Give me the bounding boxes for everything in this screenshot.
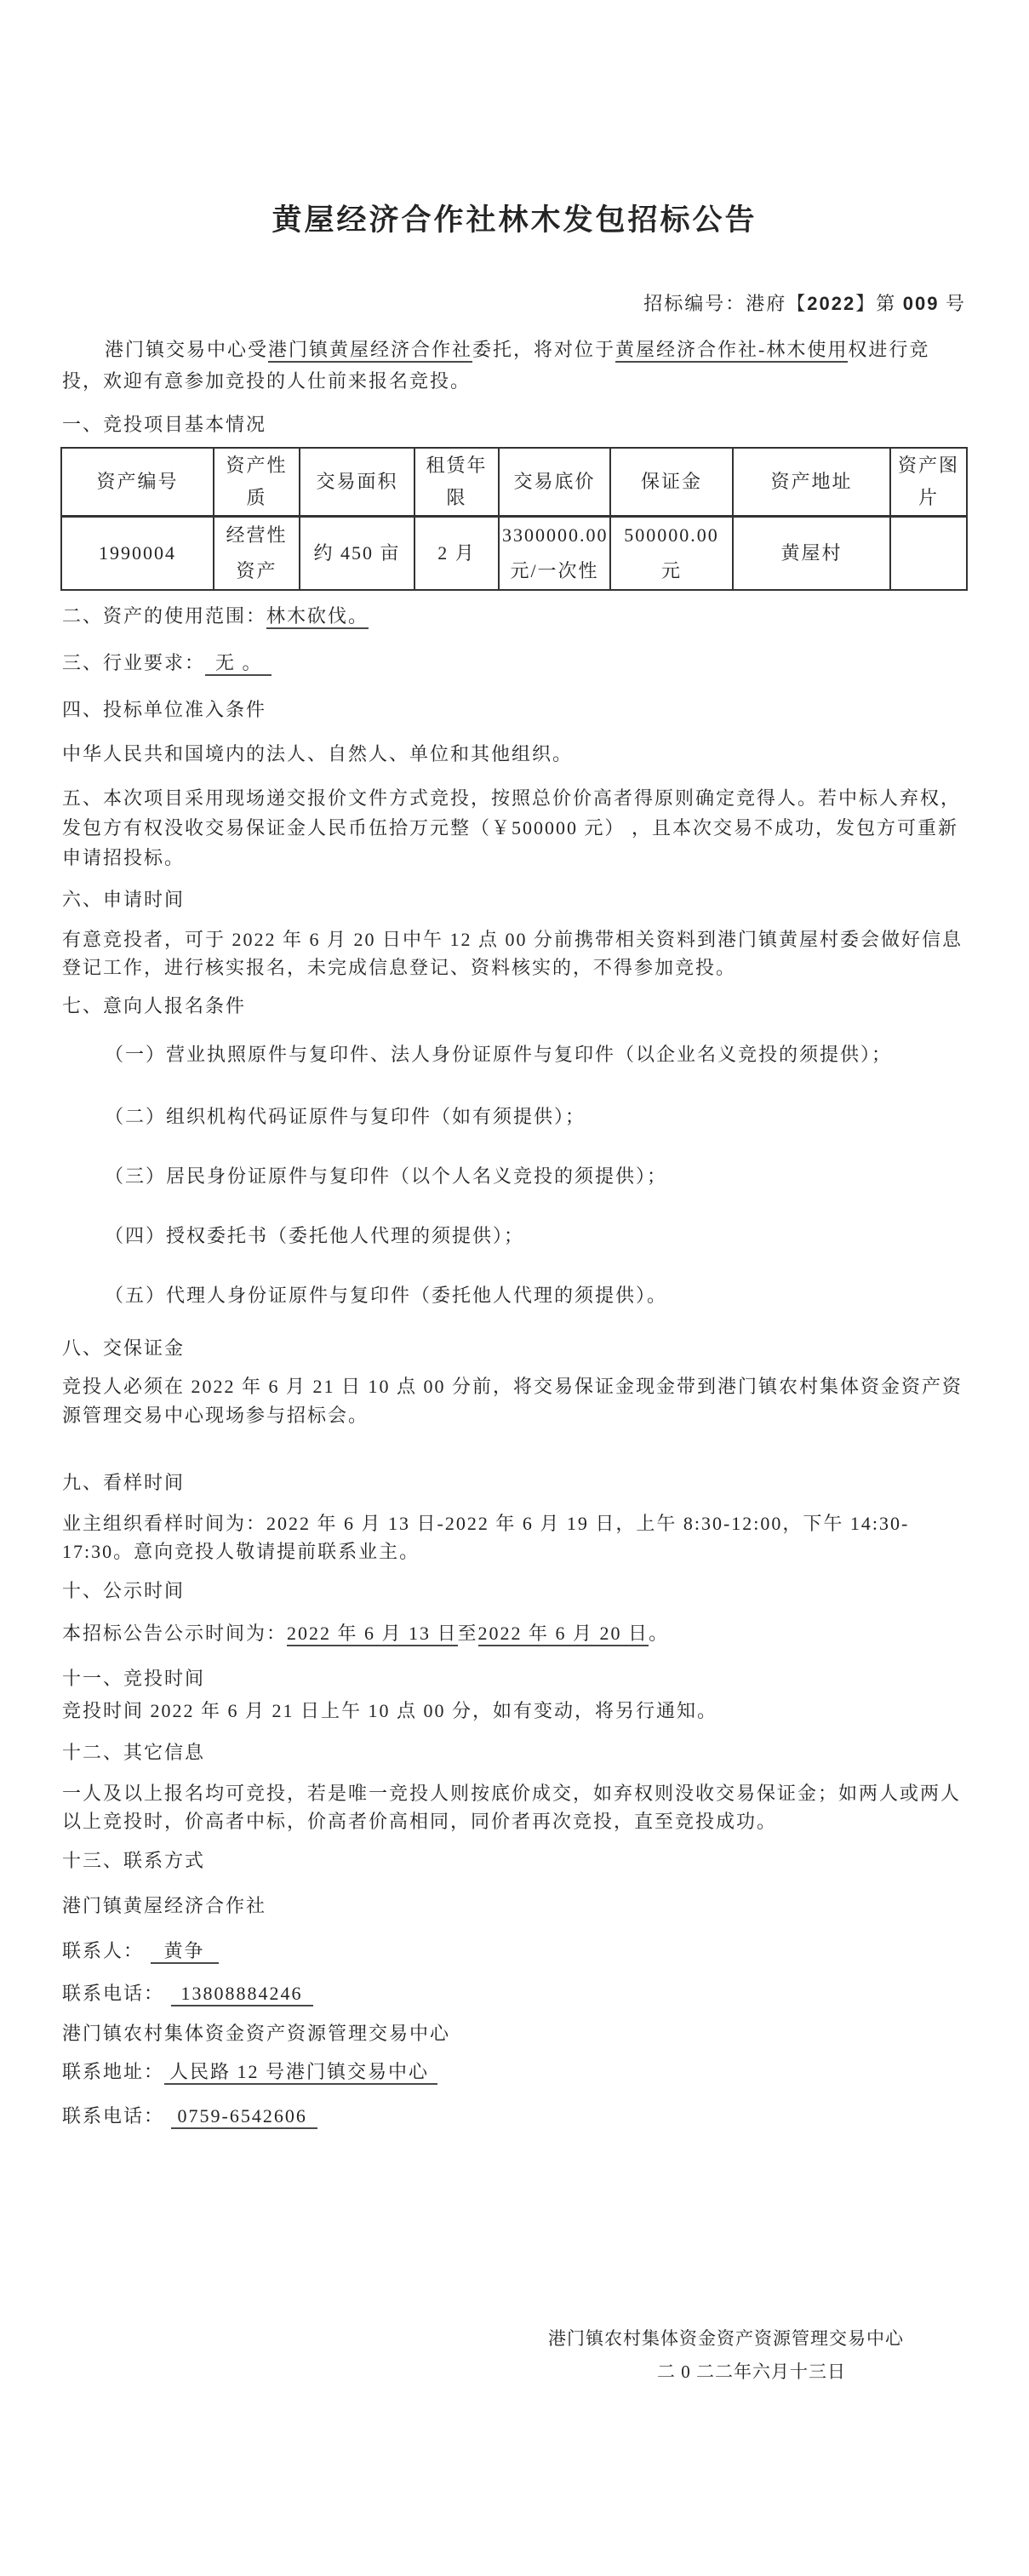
contact-org-1: 港门镇黄屋经济合作社	[62, 1892, 966, 1921]
section-7-heading: 七、意向人报名条件	[62, 992, 966, 1021]
col-header-asset-photo: 资产图片	[890, 448, 967, 516]
publicity-end-date: 2022 年 6 月 20 日	[478, 1623, 649, 1646]
section-10-heading: 十、公示时间	[62, 1577, 966, 1606]
section-8-heading: 八、交保证金	[62, 1334, 966, 1363]
section-6-body: 有意竞投者，可于 2022 年 6 月 20 日中午 12 点 00 分前携带相…	[62, 925, 966, 982]
section-6-heading: 六、申请时间	[62, 885, 966, 914]
signature-date: 二 0 二二年六月十三日	[539, 2356, 913, 2389]
section-12-heading: 十二、其它信息	[62, 1738, 966, 1767]
section-10-body: 本招标公告公示时间为：2022 年 6 月 13 日至2022 年 6 月 20…	[62, 1619, 966, 1648]
contact-phone-1-label: 联系电话：	[62, 1983, 171, 2004]
requirement-item-5: （五）代理人身份证原件与复印件（委托他人代理的须提供）。	[105, 1281, 966, 1310]
cell-deposit: 500000.00 元	[610, 516, 733, 590]
section-11-heading: 十一、竞投时间	[62, 1664, 966, 1693]
col-header-lease-term: 租赁年限	[414, 448, 499, 516]
section-4-body: 中华人民共和国境内的法人、自然人、单位和其他组织。	[62, 740, 966, 769]
cell-trade-area: 约 450 亩	[300, 516, 414, 590]
section-1-heading: 一、竞投项目基本情况	[62, 410, 966, 439]
section-2-heading: 二、资产的使用范围：林木砍伐。	[62, 602, 966, 631]
col-header-asset-address: 资产地址	[733, 448, 890, 516]
document-page: { "page": { "title": "黄屋经济合作社林木发包招标公告", …	[0, 0, 1029, 2576]
table-header-row: 资产编号 资产性质 交易面积 租赁年限 交易底价 保证金 资产地址 资产图片	[61, 448, 967, 516]
contact-person-line: 联系人： 黄争	[62, 1937, 966, 1966]
document-title: 黄屋经济合作社林木发包招标公告	[0, 202, 1029, 239]
section-13-heading: 十三、联系方式	[62, 1846, 966, 1875]
publicity-mid: 至	[458, 1623, 478, 1644]
section-2-underline-value: 林木砍伐。	[266, 605, 369, 629]
ref-prefix: 招标编号：港府【	[643, 293, 807, 314]
section-5-paragraph: 五、本次项目采用现场递交报价文件方式竞投，按照总价价高者得原则确定竞得人。若中标…	[62, 783, 966, 873]
section-2-label: 二、资产的使用范围：	[62, 605, 266, 627]
section-3-label: 三、行业要求：	[62, 652, 205, 673]
contact-phone-2-label: 联系电话：	[62, 2105, 171, 2127]
intro-pre: 港门镇交易中心受	[105, 339, 268, 360]
contact-address-line: 联系地址：人民路 12 号港门镇交易中心	[62, 2058, 966, 2087]
intro-underline-entrust-org: 港门镇黄屋经济合作社	[268, 339, 472, 363]
ref-mid: 】第	[855, 293, 903, 314]
contact-phone-1-line: 联系电话： 13808884246	[62, 1979, 966, 2008]
cell-asset-id: 1990004	[61, 516, 214, 590]
cell-asset-address: 黄屋村	[733, 516, 890, 590]
contact-phone-2-line: 联系电话： 0759-6542606	[62, 2102, 966, 2131]
cell-asset-photo	[890, 516, 967, 590]
contact-org-2: 港门镇农村集体资金资产资源管理交易中心	[62, 2019, 966, 2048]
contact-phone-1-value: 13808884246	[171, 1983, 313, 2006]
table-row: 1990004 经营性资产 约 450 亩 2 月 3300000.00 元/一…	[61, 516, 967, 590]
contact-phone-2-value: 0759-6542606	[171, 2105, 317, 2129]
signature-block: 港门镇农村集体资金资产资源管理交易中心 二 0 二二年六月十三日	[539, 2322, 913, 2389]
assets-table: 资产编号 资产性质 交易面积 租赁年限 交易底价 保证金 资产地址 资产图片 1…	[60, 447, 968, 591]
section-8-body: 竞投人必须在 2022 年 6 月 21 日 10 点 00 分前，将交易保证金…	[62, 1372, 966, 1430]
publicity-start-date: 2022 年 6 月 13 日	[287, 1623, 458, 1646]
cell-base-price: 3300000.00 元/一次性	[499, 516, 610, 590]
col-header-base-price: 交易底价	[499, 448, 610, 516]
requirement-item-1: （一）营业执照原件与复印件、法人身份证原件与复印件（以企业名义竞投的须提供）；	[105, 1040, 966, 1069]
section-11-body: 竞投时间 2022 年 6 月 21 日上午 10 点 00 分，如有变动，将另…	[62, 1697, 966, 1726]
requirement-item-3: （三）居民身份证原件与复印件（以个人名义竞投的须提供）；	[105, 1162, 966, 1191]
publicity-pre: 本招标公告公示时间为：	[62, 1623, 287, 1644]
section-3-heading: 三、行业要求：无 。	[62, 649, 966, 678]
intro-underline-asset: 黄屋经济合作社-林木使用	[615, 339, 848, 363]
section-9-body: 业主组织看样时间为：2022 年 6 月 13 日-2022 年 6 月 19 …	[62, 1509, 966, 1566]
ref-number: 招标编号：港府【2022】第 009 号	[62, 289, 966, 318]
contact-address-label: 联系地址：	[62, 2061, 164, 2082]
cell-lease-term: 2 月	[414, 516, 499, 590]
section-3-underline-value: 无 。	[205, 652, 272, 676]
col-header-deposit: 保证金	[610, 448, 733, 516]
requirement-item-2: （二）组织机构代码证原件与复印件（如有须提供）；	[105, 1102, 966, 1131]
ref-serial: 009	[903, 293, 940, 314]
ref-year: 2022	[807, 293, 855, 314]
ref-suffix: 号	[939, 293, 966, 314]
section-12-body: 一人及以上报名均可竞投，若是唯一竞投人则按底价成交，如弃权则没收交易保证金；如两…	[62, 1779, 966, 1835]
section-9-heading: 九、看样时间	[62, 1468, 966, 1497]
signature-org: 港门镇农村集体资金资产资源管理交易中心	[539, 2322, 913, 2356]
requirement-item-4: （四）授权委托书（委托他人代理的须提供）；	[105, 1222, 966, 1251]
section-4-heading: 四、投标单位准入条件	[62, 696, 966, 724]
cell-asset-nature: 经营性资产	[214, 516, 300, 590]
intro-paragraph: 港门镇交易中心受港门镇黄屋经济合作社委托，将对位于黄屋经济合作社-林木使用权进行…	[62, 334, 966, 397]
intro-mid: 委托，将对位于	[472, 339, 615, 360]
col-header-trade-area: 交易面积	[300, 448, 414, 516]
publicity-post: 。	[649, 1623, 669, 1644]
contact-person-label: 联系人：	[62, 1940, 151, 1961]
col-header-asset-id: 资产编号	[61, 448, 214, 516]
contact-address-value: 人民路 12 号港门镇交易中心	[164, 2061, 437, 2085]
contact-person-value: 黄争	[151, 1940, 219, 1964]
col-header-asset-nature: 资产性质	[214, 448, 300, 516]
